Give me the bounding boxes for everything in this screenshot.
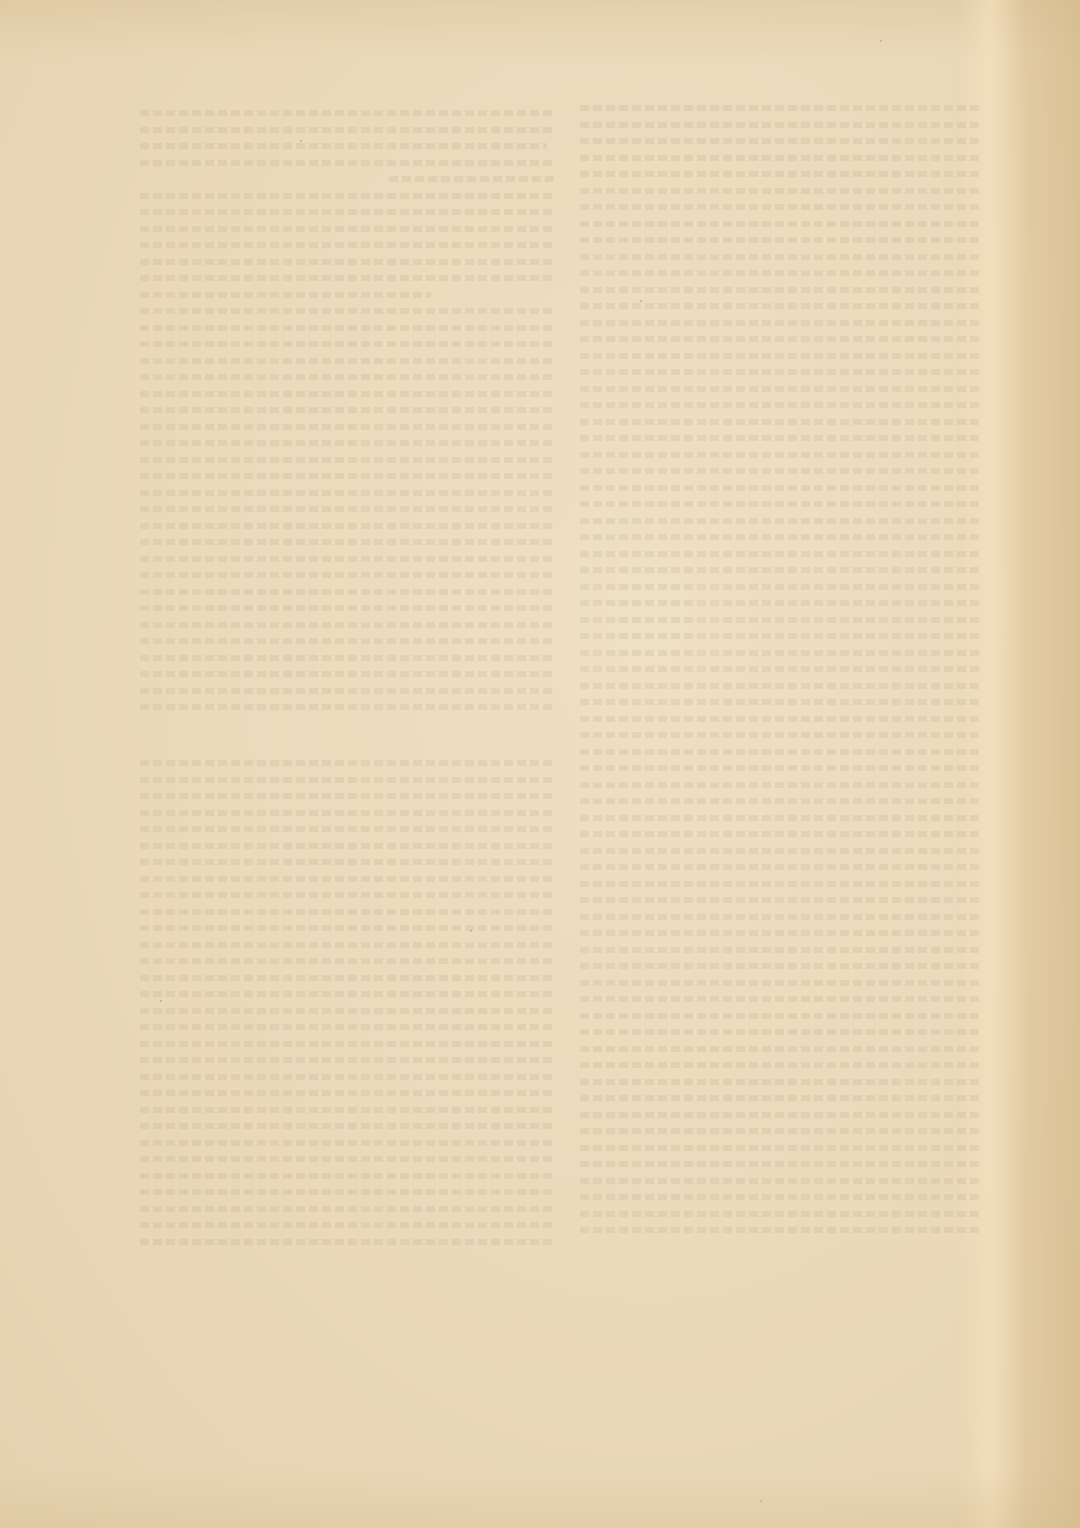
paper-speck — [880, 40, 882, 42]
bleed-through-left-column-top — [140, 110, 555, 721]
paper-speck — [300, 140, 302, 142]
bleed-through-right-column — [580, 105, 980, 1244]
paper-speck — [640, 300, 642, 302]
paper-speck — [160, 1000, 162, 1002]
paper-speck — [470, 930, 472, 932]
bleed-through-left-column-bottom — [140, 760, 555, 1255]
paper-speck — [760, 1500, 762, 1502]
blank-paper-page — [0, 0, 1080, 1528]
